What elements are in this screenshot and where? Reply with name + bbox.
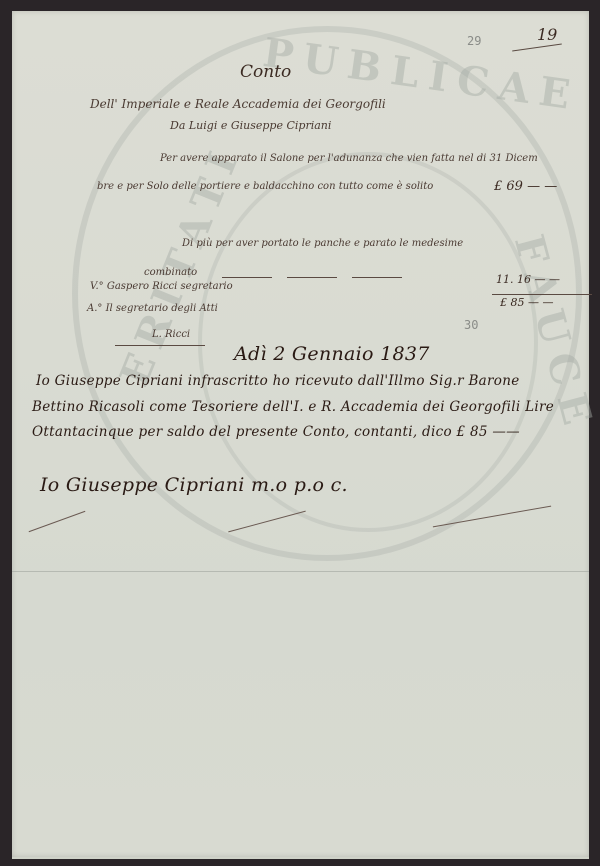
approval-line-1: V.° Gaspero Ricci segretario	[90, 281, 233, 292]
addressee-line: Dell' Imperiale e Reale Accademia dei Ge…	[90, 97, 386, 111]
date-line: Adì 2 Gennaio 1837	[234, 343, 430, 365]
total-rule	[492, 294, 592, 295]
folio-number: 19	[537, 25, 557, 44]
additional-item-line: Di più per aver portato le panche e para…	[182, 238, 463, 249]
document-page: PUBLICAE ERITATI FAUCE 19 29 30 Conto De…	[12, 11, 589, 859]
item-amount: £ 69 — —	[494, 179, 557, 194]
signature: Io Giuseppe Cipriani m.o p.o c.	[40, 474, 348, 496]
receipt-line-1: Io Giuseppe Cipriani infrascritto ho ric…	[36, 373, 519, 389]
combined-label: combinato	[144, 267, 197, 278]
printed-number-29: 29	[467, 34, 481, 48]
item-line-1: Per avere apparato il Salone per l'aduna…	[160, 153, 538, 164]
approval-line-2: A.° Il segretario degli Atti	[87, 303, 218, 314]
approval-line-3: L. Ricci	[152, 329, 190, 340]
amount-line-1: 11. 16 — —	[496, 273, 560, 286]
receipt-line-2: Bettino Ricasoli come Tesoriere dell'I. …	[32, 399, 554, 415]
paper-fold-line	[12, 571, 589, 572]
item-line-2: bre e per Solo delle portiere e baldacch…	[97, 181, 433, 192]
printed-number-30: 30	[464, 318, 478, 332]
receipt-line-3: Ottantacinque per saldo del presente Con…	[32, 424, 520, 440]
folio-underline	[512, 44, 562, 52]
signature-underline	[115, 345, 205, 346]
from-line: Da Luigi e Giuseppe Cipriani	[170, 119, 331, 132]
amount-total: £ 85 — —	[500, 296, 554, 309]
flourish-stroke	[29, 511, 86, 532]
leader-dash	[287, 277, 337, 278]
document-title: Conto	[240, 62, 291, 82]
leader-dash	[352, 277, 402, 278]
leader-dash	[222, 277, 272, 278]
